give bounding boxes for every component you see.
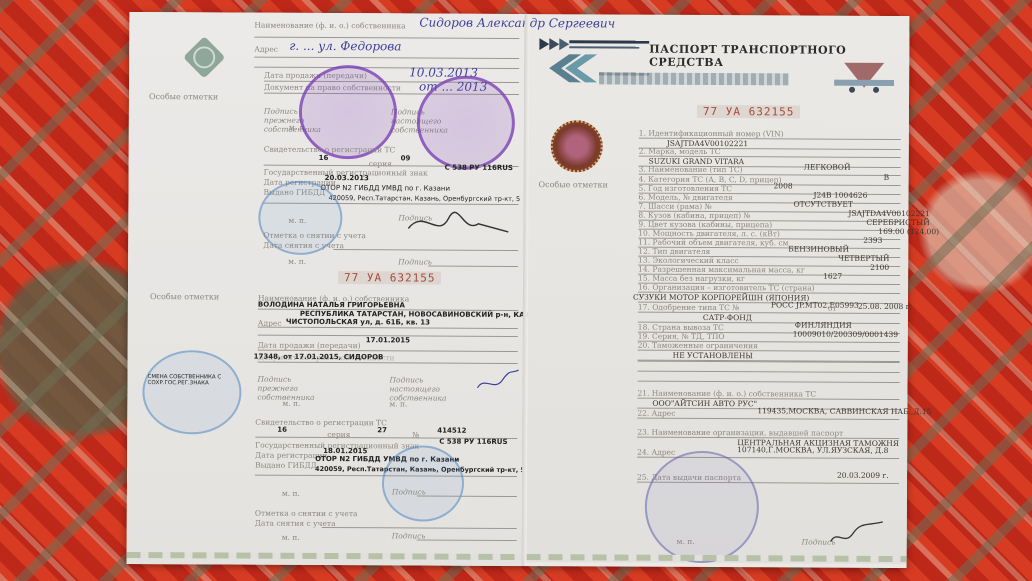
field-label-18: 18. Страна вывоза ТС bbox=[638, 323, 724, 332]
reg-cert-series-b: 27 bbox=[377, 426, 387, 434]
purple-stamp-buyer bbox=[417, 75, 515, 170]
plate-value: С 538 РУ 116RUS bbox=[445, 164, 513, 172]
field-extra-label: от bbox=[828, 304, 837, 313]
serial-number: 77 УА 632155 bbox=[697, 105, 801, 119]
special-marks-label: Особые отметки bbox=[150, 292, 219, 301]
field-value-8: JSAJTDA4V00102221 bbox=[848, 209, 929, 218]
security-strip bbox=[527, 554, 907, 562]
stamp-note: СМЕНА СОБСТВЕННИКА С СОХР.ГОС.РЕГ.ЗНАКА bbox=[147, 374, 227, 386]
mp-label: м. п. bbox=[389, 399, 407, 408]
field-value-4: B bbox=[884, 173, 890, 182]
field-value-15: 1627 bbox=[823, 272, 842, 281]
mp-label: м. п. bbox=[282, 399, 300, 408]
field-value-24: 107140,Г.МОСКВА, УЛ.ЯУЗСКАЯ, Д.8 bbox=[737, 445, 888, 455]
mp-label: м. п. bbox=[282, 489, 300, 498]
reg-cert-series-b: 09 bbox=[401, 154, 411, 162]
field-label-6: 6. Модель, № двигателя bbox=[638, 193, 732, 202]
left-page: Особые отметки Наименование (ф. и. о.) с… bbox=[127, 12, 525, 566]
hologram-seal-icon bbox=[551, 120, 603, 172]
field-value-5: 2008 bbox=[774, 181, 793, 190]
signature-mark bbox=[472, 366, 522, 396]
serial-number: 77 УА 632155 bbox=[338, 271, 442, 285]
reg-cert-label: Свидетельство о регистрации ТС bbox=[255, 418, 387, 428]
address-value-2: ЧИСТОПОЛЬСКАЯ ул, д. 61Б, кв. 13 bbox=[286, 318, 430, 327]
blue-stamp-gibdd bbox=[382, 445, 464, 521]
field-value-14: 2100 bbox=[870, 263, 889, 272]
vehicle-fields: 1. Идентификационный номер (VIN)JSAJTDA4… bbox=[529, 30, 909, 32]
mp-label: м. п. bbox=[677, 537, 695, 546]
field-value-7: ОТСУТСТВУЕТ bbox=[793, 199, 853, 208]
field-label-2: 2. Марка, модель ТС bbox=[639, 147, 721, 156]
owner-handwritten: Сидоров Александр Сергеевич bbox=[419, 15, 615, 30]
field-value-6: J24B 1004626 bbox=[813, 191, 867, 200]
field-value-3: ЛЕГКОВОЙ bbox=[804, 162, 851, 171]
field-label-19: 19. Серия, № ТД, ТПО bbox=[638, 332, 725, 341]
reg-cert-series-a: 16 bbox=[277, 426, 287, 434]
reg-cert-number: 414512 bbox=[437, 427, 466, 435]
blue-stamp-owner-change bbox=[142, 350, 241, 435]
field-label-22: 22. Адрес bbox=[637, 409, 675, 418]
approval-authority: САТР-ФОНД bbox=[703, 313, 752, 322]
field-value-10: 169.00 (124.00) bbox=[878, 227, 939, 236]
mp-label: м. п. bbox=[288, 257, 306, 266]
field-value-18: ФИНЛЯНДИЯ bbox=[795, 320, 852, 329]
reg-date-value: 20.03.2013 bbox=[325, 174, 369, 182]
issued-value-2: 420059, Респ.Татарстан, Казань, Оренбург… bbox=[328, 194, 520, 203]
field-value-12: БЕНЗИНОВЫЙ bbox=[788, 244, 849, 253]
owner-label: Наименование (ф. и. о.) собственника bbox=[254, 21, 405, 31]
reg-cert-series-a: 16 bbox=[319, 154, 329, 162]
signature-mark bbox=[827, 520, 887, 550]
sale-date-value: 17.01.2015 bbox=[366, 336, 410, 344]
reg-date-value: 18.01.2015 bbox=[323, 447, 367, 455]
right-page: ПАСПОРТ ТРАНСПОРТНОГО СРЕДСТВА 77 УА 632… bbox=[527, 30, 910, 564]
special-marks-label: Особые отметки bbox=[149, 92, 218, 101]
field-value-19: 10009010/200309/0001439 bbox=[793, 329, 898, 339]
field-label-24: 24. Адрес bbox=[637, 448, 675, 457]
field-value-25: 20.03.2009 г. bbox=[837, 471, 889, 480]
issued-label: Выдано ГИБДД bbox=[255, 461, 317, 470]
mp-label: м. п. bbox=[282, 533, 300, 542]
field-value-20: НЕ УСТАНОВЛЕНЫ bbox=[673, 351, 753, 360]
vehicle-passport: Особые отметки Наименование (ф. и. о.) с… bbox=[127, 12, 910, 568]
address-label: Адрес bbox=[254, 45, 278, 54]
rosette-emblem-icon bbox=[183, 36, 225, 78]
special-marks-label: Особые отметки bbox=[539, 180, 608, 189]
security-strip bbox=[127, 552, 522, 560]
field-label-7: 7. Шасси (рама) № bbox=[638, 202, 711, 211]
guilloche-strip bbox=[599, 72, 789, 85]
field-value-17: РОСС JP.MT02.E05993 bbox=[771, 300, 859, 309]
field-label-12: 12. Тип двигателя bbox=[638, 247, 710, 256]
issued-value-1: ОТОР N2 ГИБДД УМВД по г. Казани bbox=[321, 184, 451, 193]
field-value-13: ЧЕТВЕРТЫЙ bbox=[838, 254, 889, 263]
field-value-21: ООО"АЙТСИН АВТО РУС" bbox=[652, 399, 757, 409]
series-label: серия bbox=[369, 159, 392, 168]
address-handwritten: г. ... ул. Федорова bbox=[289, 39, 401, 54]
field-value-22: 119435,МОСКВА, САВВИНСКАЯ НАБ.,Д.15 bbox=[757, 406, 931, 416]
dereg-date-label: Дата снятия с учета bbox=[263, 241, 344, 250]
signature-label: Подпись bbox=[398, 257, 432, 266]
approval-date: 25.08. 2008 г. bbox=[858, 302, 912, 311]
plate-value: С 538 РУ 116RUS bbox=[439, 438, 507, 446]
signature-mark bbox=[403, 203, 513, 244]
dereg-label: Отметка о снятии с учета bbox=[255, 509, 358, 519]
customs-stamp bbox=[645, 451, 760, 564]
field-label-5: 5. Год изготовления ТС bbox=[639, 184, 733, 193]
mp-label: м. п. bbox=[288, 216, 306, 225]
reg-cert-label: Свидетельство о регистрации ТС bbox=[264, 145, 396, 155]
field-value-9: СЕРЕБРИСТЫЙ bbox=[866, 218, 930, 227]
dereg-label: Отметка о снятии с учета bbox=[263, 231, 366, 241]
doc-value: 17348, от 17.01.2015, СИДОРОВ bbox=[254, 353, 384, 362]
field-value-11: 2393 bbox=[863, 236, 882, 245]
car-emblem-icon bbox=[834, 58, 894, 98]
